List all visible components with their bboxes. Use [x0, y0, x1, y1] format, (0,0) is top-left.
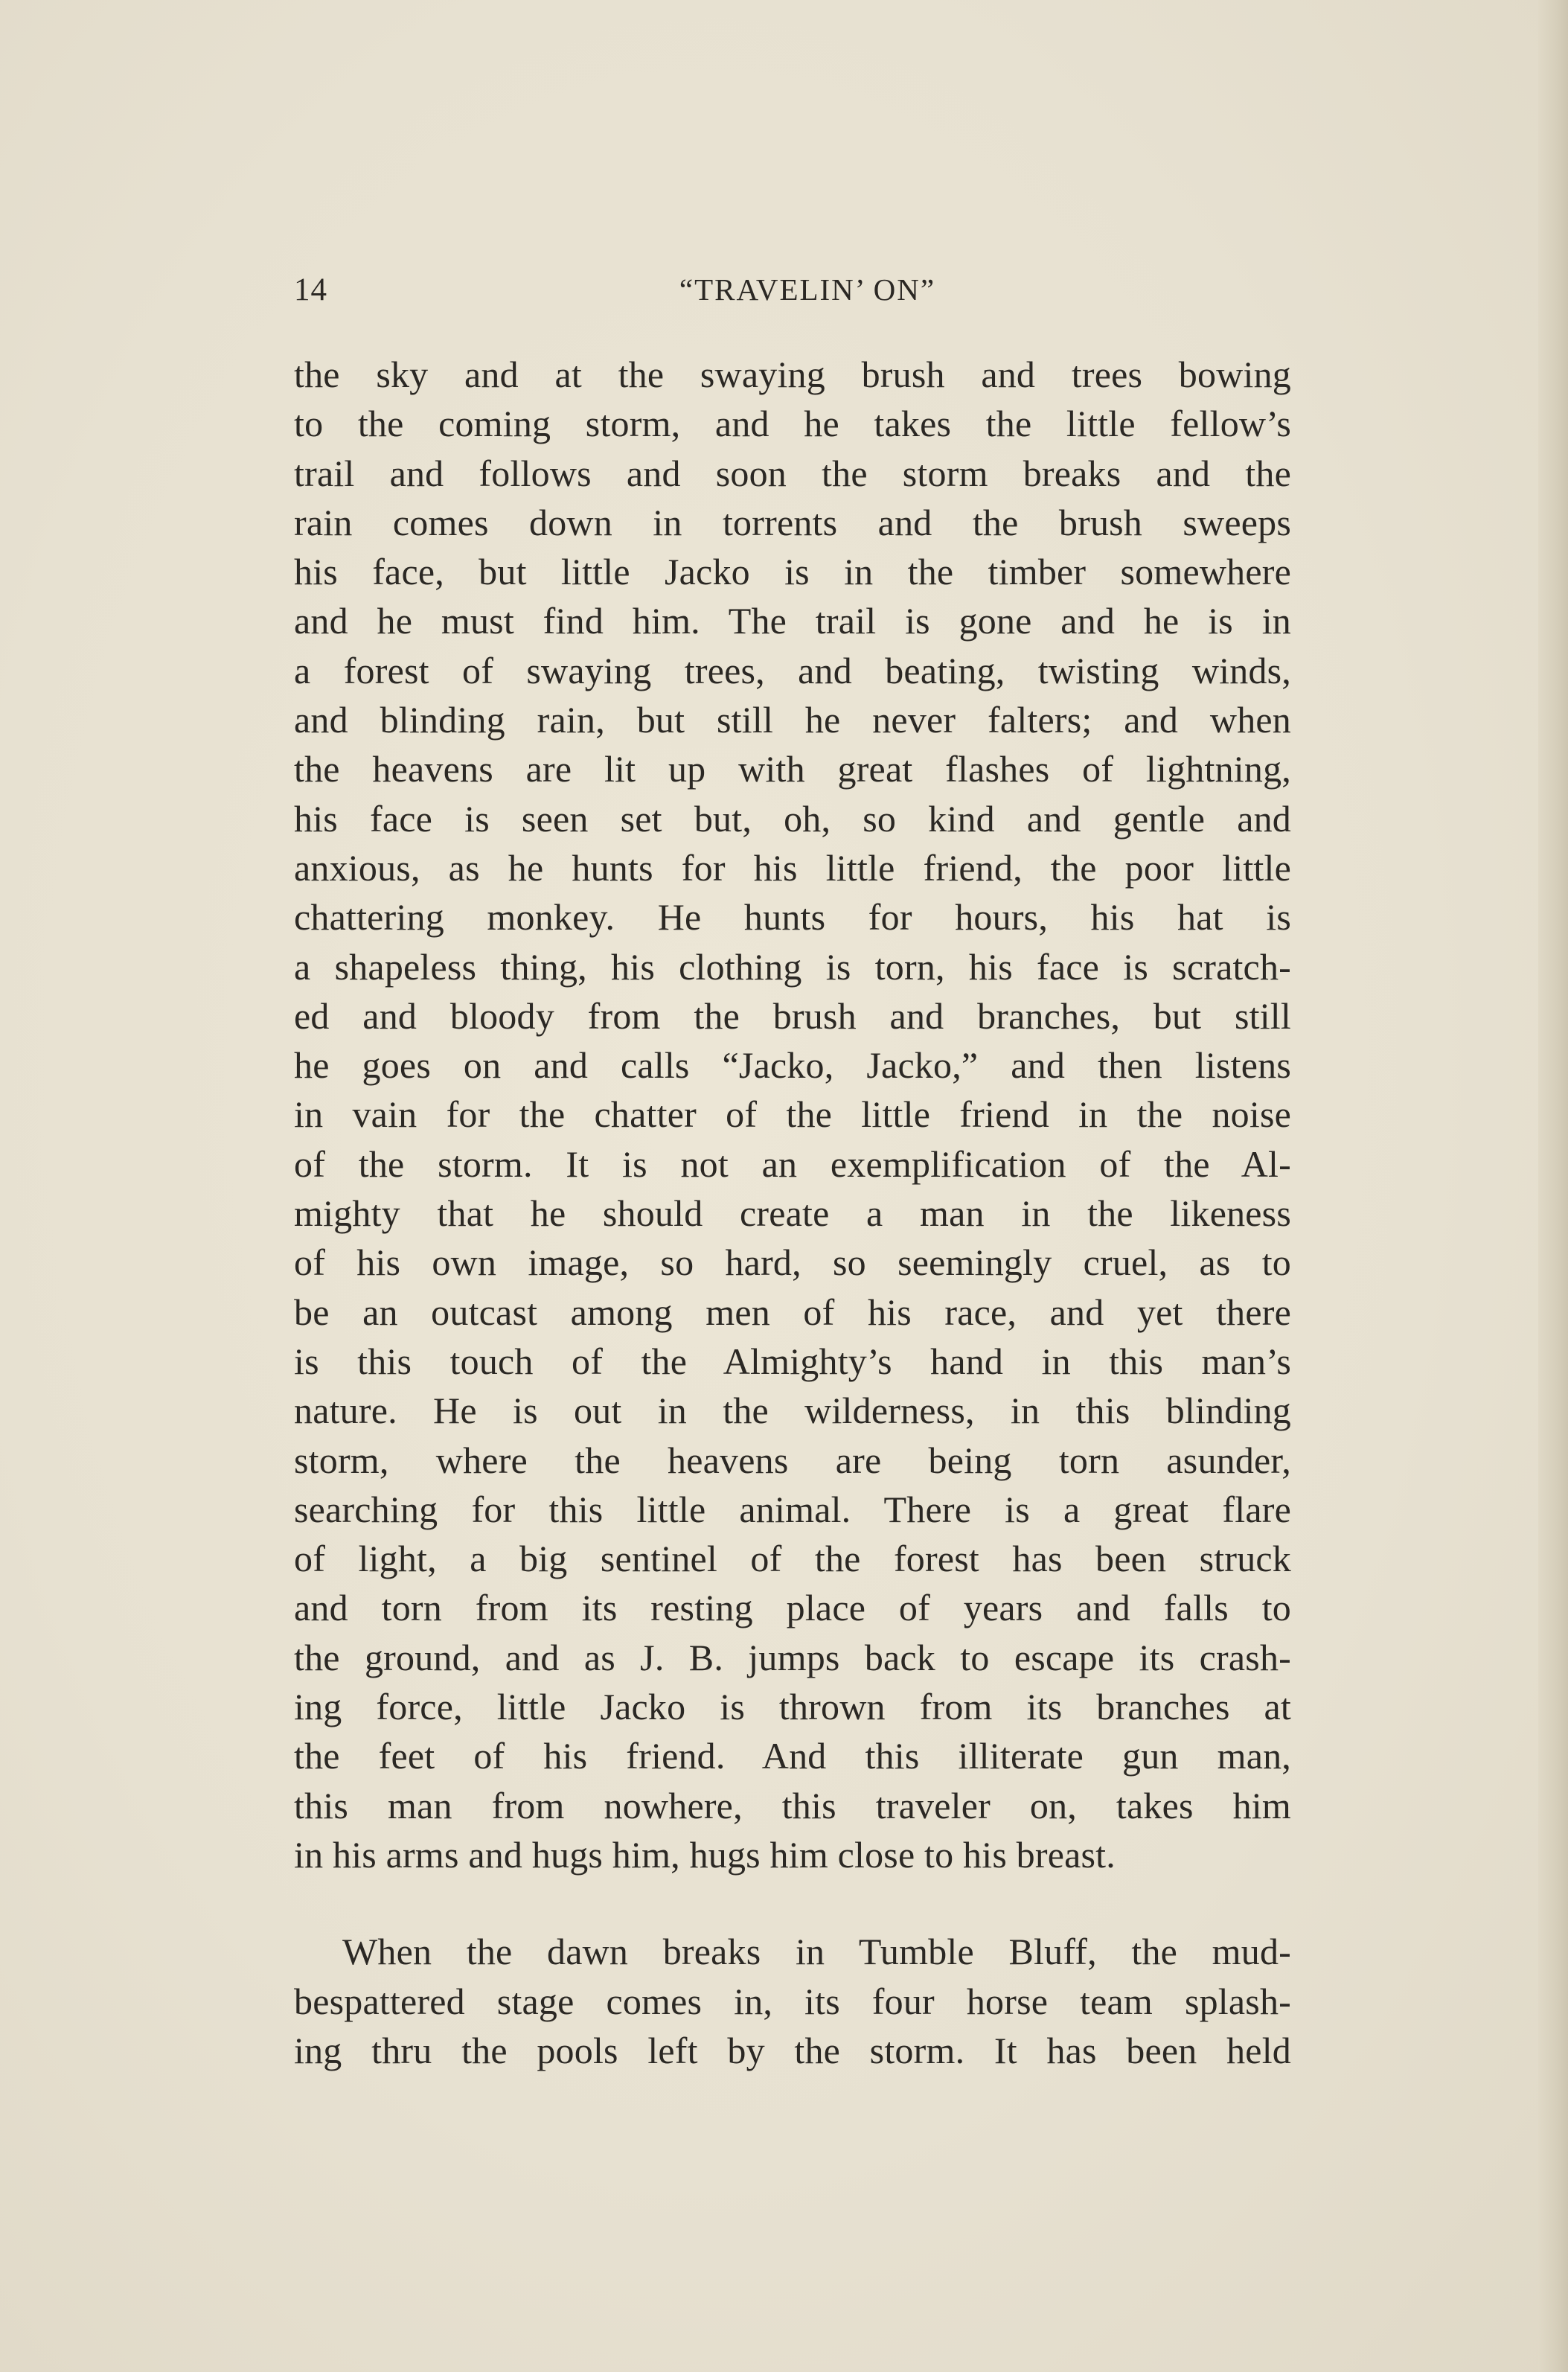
running-head: 14 “TRAVELIN’ ON”: [294, 272, 1291, 316]
text-line: chattering monkey. He hunts for hours, h…: [294, 892, 1291, 942]
text-line: to the coming storm, and he takes the li…: [294, 399, 1291, 448]
text-line: When the dawn breaks in Tumble Bluff, th…: [294, 1927, 1291, 1976]
text-line: searching for this little animal. There …: [294, 1485, 1291, 1534]
page-edge: [1538, 0, 1568, 2372]
text-line: ing thru the pools left by the storm. It…: [294, 2026, 1291, 2075]
text-line: a forest of swaying trees, and beating, …: [294, 646, 1291, 695]
text-line: be an outcast among men of his race, and…: [294, 1288, 1291, 1337]
text-line: of light, a big sentinel of the forest h…: [294, 1534, 1291, 1583]
text-line: this man from nowhere, this traveler on,…: [294, 1781, 1291, 1830]
text-line: and torn from its resting place of years…: [294, 1583, 1291, 1632]
text-line: anxious, as he hunts for his little frie…: [294, 843, 1291, 892]
text-line: ed and bloody from the brush and branche…: [294, 991, 1291, 1040]
text-line: and blinding rain, but still he never fa…: [294, 695, 1291, 744]
text-line: his face is seen set but, oh, so kind an…: [294, 794, 1291, 843]
text-line: the sky and at the swaying brush and tre…: [294, 350, 1291, 399]
paragraph-2: When the dawn breaks in Tumble Bluff, th…: [294, 1927, 1291, 2075]
text-line: trail and follows and soon the storm bre…: [294, 449, 1291, 498]
book-page: 14 “TRAVELIN’ ON” the sky and at the swa…: [0, 0, 1568, 2372]
text-line: nature. He is out in the wilderness, in …: [294, 1386, 1291, 1435]
text-line: and he must find him. The trail is gone …: [294, 596, 1291, 645]
text-line: bespattered stage comes in, its four hor…: [294, 1977, 1291, 2026]
text-line: in vain for the chatter of the little fr…: [294, 1090, 1291, 1139]
paragraph-gap: [294, 1879, 1291, 1927]
text-line: mighty that he should create a man in th…: [294, 1189, 1291, 1238]
text-line: the heavens are lit up with great flashe…: [294, 744, 1291, 793]
text-line: a shapeless thing, his clothing is torn,…: [294, 942, 1291, 991]
text-line: of the storm. It is not an exemplificati…: [294, 1139, 1291, 1189]
paragraph-1: the sky and at the swaying brush and tre…: [294, 350, 1291, 1879]
text-line: he goes on and calls “Jacko, Jacko,” and…: [294, 1040, 1291, 1090]
body-text: the sky and at the swaying brush and tre…: [294, 350, 1291, 2075]
text-line: his face, but little Jacko is in the tim…: [294, 547, 1291, 596]
text-line: the ground, and as J. B. jumps back to e…: [294, 1633, 1291, 1682]
text-line: ing force, little Jacko is thrown from i…: [294, 1682, 1291, 1731]
text-line: in his arms and hugs him, hugs him close…: [294, 1830, 1291, 1879]
text-line: is this touch of the Almighty’s hand in …: [294, 1337, 1291, 1386]
text-line: storm, where the heavens are being torn …: [294, 1436, 1291, 1485]
running-title: “TRAVELIN’ ON”: [294, 272, 1291, 307]
text-line: rain comes down in torrents and the brus…: [294, 498, 1291, 547]
text-line: of his own image, so hard, so seemingly …: [294, 1238, 1291, 1287]
text-line: the feet of his friend. And this illiter…: [294, 1731, 1291, 1780]
